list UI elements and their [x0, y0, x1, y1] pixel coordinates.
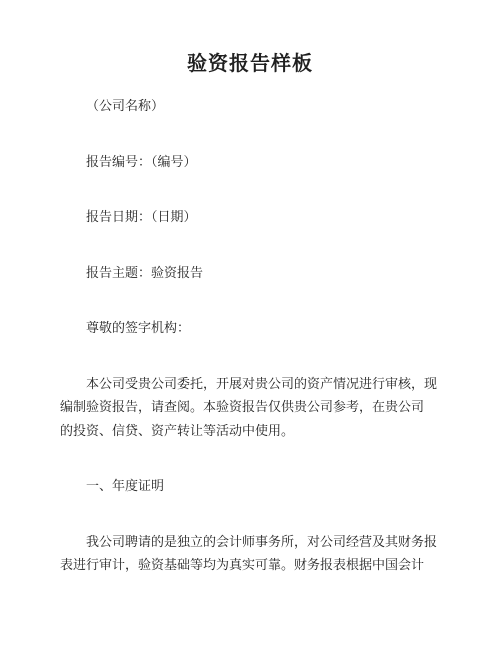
section-heading-annual-certification: 一、年度证明: [60, 474, 440, 498]
paragraph-report-subject: 报告主题：验资报告: [60, 261, 440, 285]
paragraph-report-number: 报告编号：（编号）: [60, 150, 440, 174]
document-viewport: { "document": { "background_color": "#ff…: [0, 0, 500, 647]
paragraph-report-date: 报告日期：（日期）: [60, 205, 440, 229]
document-title: 验资报告样板: [60, 50, 440, 78]
paragraph-section-body: 我公司聘请的是独立的会计师事务所，对公司经营及其财务报 表进行审计，验资基础等均…: [60, 530, 440, 577]
paragraph-salutation: 尊敬的签字机构：: [60, 316, 440, 340]
paragraph-intro: 本公司受贵公司委托，开展对贵公司的资产情况进行审核，现 编制验资报告，请查阅。本…: [60, 372, 440, 443]
paragraph-company-name: （公司名称）: [60, 94, 440, 118]
document-page: 验资报告样板 （公司名称） 报告编号：（编号） 报告日期：（日期） 报告主题：验…: [0, 0, 500, 647]
